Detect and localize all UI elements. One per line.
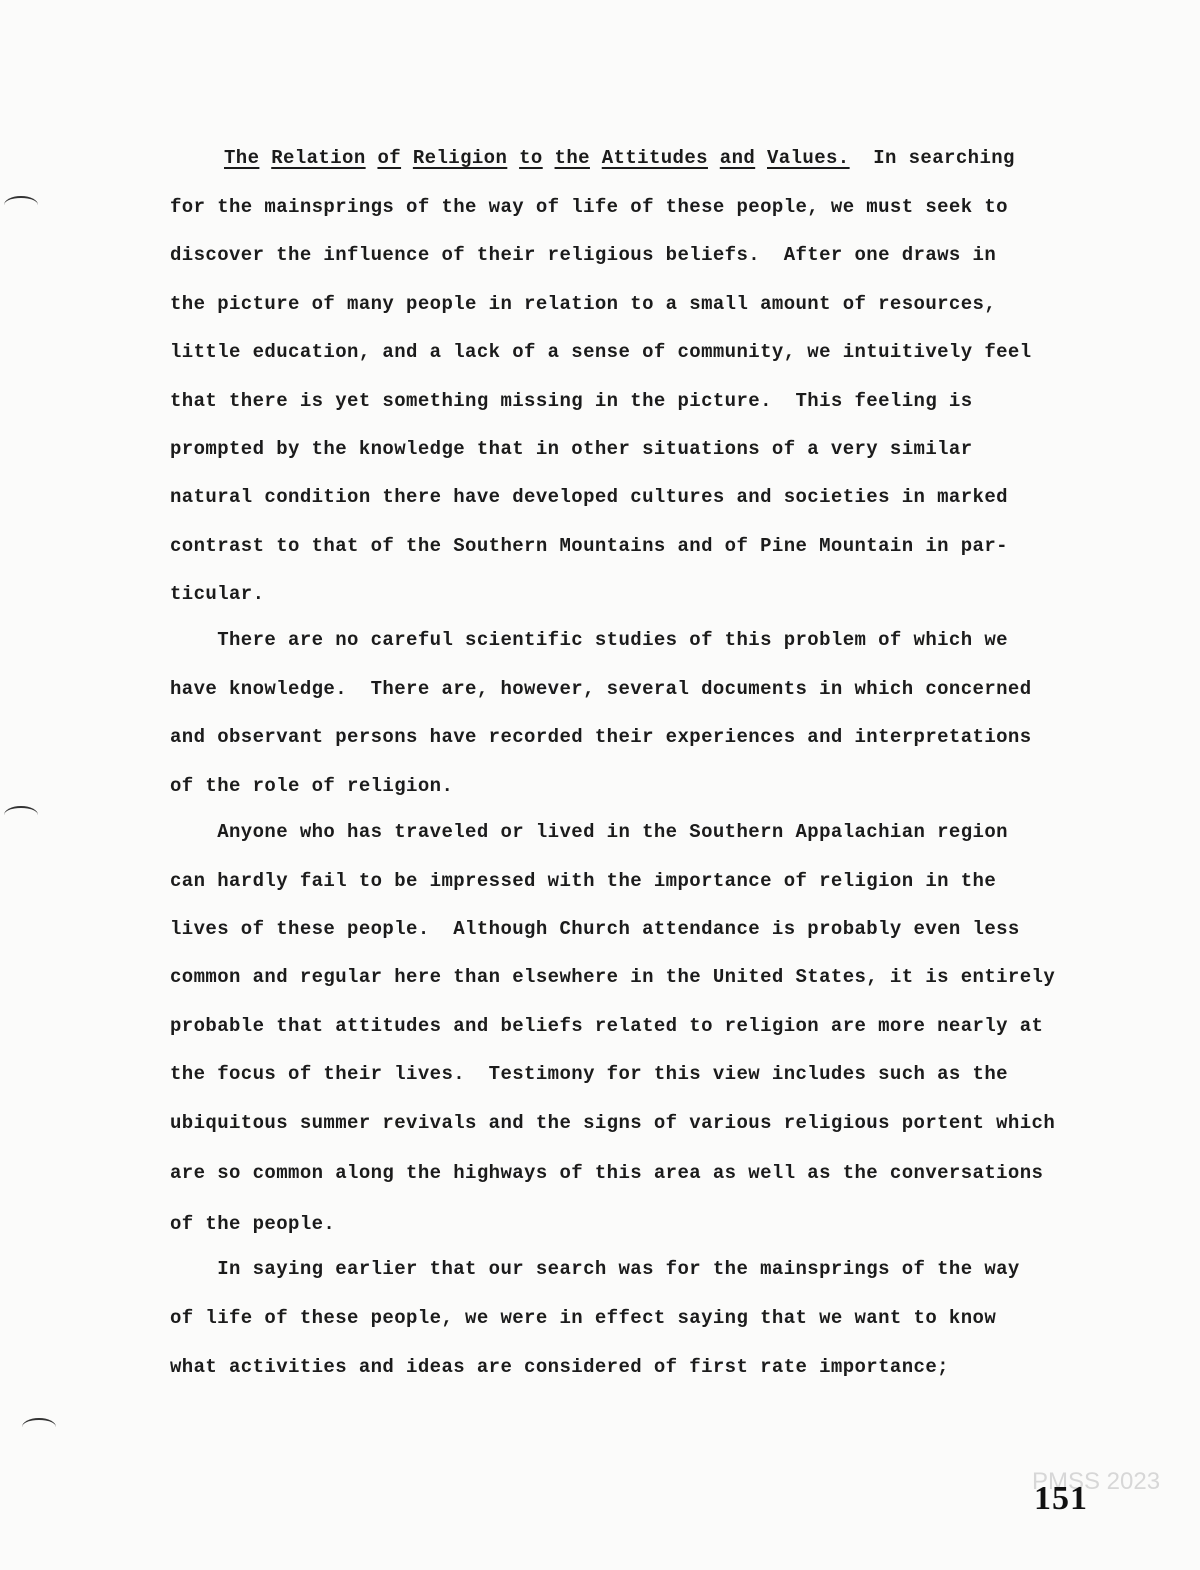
text-line: lives of these people. Although Church a… (170, 917, 1020, 941)
text-line: of the role of religion. (170, 774, 453, 798)
text-line: prompted by the knowledge that in other … (170, 437, 973, 461)
text-line: Anyone who has traveled or lived in the … (170, 820, 1008, 844)
section-heading: The Relation of Religion to the Attitude… (224, 146, 1015, 170)
heading-word: Attitudes (602, 147, 708, 169)
margin-mark (4, 196, 38, 214)
text-line: that there is yet something missing in t… (170, 389, 973, 413)
text-line: probable that attitudes and beliefs rela… (170, 1014, 1043, 1038)
heading-word: and (720, 147, 755, 169)
heading-word: Values. (767, 147, 850, 169)
text-line: natural condition there have developed c… (170, 485, 1008, 509)
text-line: contrast to that of the Southern Mountai… (170, 534, 1008, 558)
margin-mark (22, 1418, 56, 1436)
heading-tail: In searching (850, 147, 1015, 169)
heading-word: Relation (271, 147, 365, 169)
text-line: what activities and ideas are considered… (170, 1355, 949, 1379)
text-line: little education, and a lack of a sense … (170, 340, 1032, 364)
text-line: the focus of their lives. Testimony for … (170, 1062, 1008, 1086)
text-line: of the people. (170, 1212, 335, 1236)
text-line: There are no careful scientific studies … (170, 628, 1008, 652)
text-line: the picture of many people in relation t… (170, 292, 996, 316)
text-line: for the mainsprings of the way of life o… (170, 195, 1008, 219)
text-line: In saying earlier that our search was fo… (170, 1257, 1020, 1281)
text-line: can hardly fail to be impressed with the… (170, 869, 996, 893)
heading-word: of (377, 147, 401, 169)
text-line: have knowledge. There are, however, seve… (170, 677, 1032, 701)
heading-word: Religion (413, 147, 507, 169)
page-number: 151 (1034, 1480, 1088, 1518)
text-line: common and regular here than elsewhere i… (170, 965, 1055, 989)
text-line: ubiquitous summer revivals and the signs… (170, 1111, 1055, 1135)
text-line: are so common along the highways of this… (170, 1161, 1043, 1185)
text-line: and observant persons have recorded thei… (170, 725, 1032, 749)
margin-mark (4, 806, 38, 824)
heading-word: The (224, 147, 259, 169)
heading-word: to (519, 147, 543, 169)
text-line: discover the influence of their religiou… (170, 243, 996, 267)
text-line: ticular. (170, 582, 264, 606)
heading-word: the (555, 147, 590, 169)
text-line: of life of these people, we were in effe… (170, 1306, 996, 1330)
document-page: The Relation of Religion to the Attitude… (0, 0, 1200, 1570)
